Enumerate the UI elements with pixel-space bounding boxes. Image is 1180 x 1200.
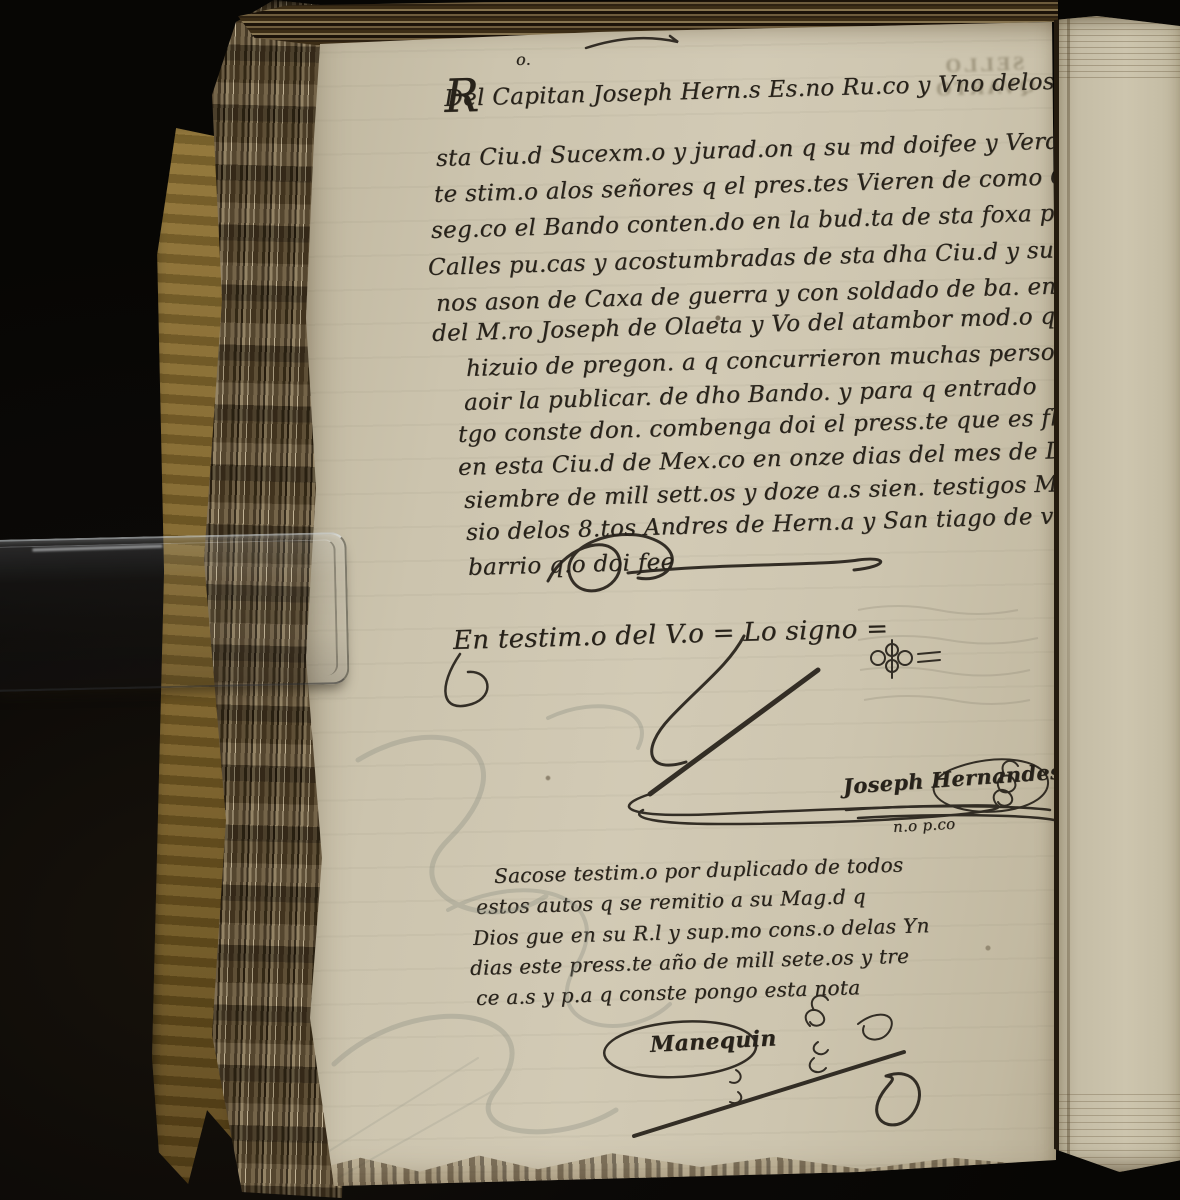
clerk-signature-flourish [846, 759, 1054, 820]
doi-fee-flourish [548, 534, 881, 590]
attestation-descender [445, 654, 487, 706]
ghost-bleedthrough-swirls [318, 706, 670, 1178]
right-block-fibers-top [1059, 14, 1180, 78]
acrylic-weight-strip [0, 532, 350, 692]
acrylic-inner-edge [0, 539, 338, 683]
photograph-background: SELLO QVARTO o. RDel Capitan Joseph Hern… [0, 0, 1180, 1200]
central-rubric [629, 636, 999, 824]
right-page-block [1054, 14, 1180, 1172]
flourish-overlay [298, 18, 1058, 1190]
top-paraph-mark [586, 36, 678, 48]
manuscript-page: SELLO QVARTO o. RDel Capitan Joseph Hern… [298, 18, 1058, 1190]
right-block-fibers-bottom [1059, 1088, 1180, 1172]
gutter-crease [1067, 14, 1070, 1172]
notarial-knot [871, 640, 940, 678]
